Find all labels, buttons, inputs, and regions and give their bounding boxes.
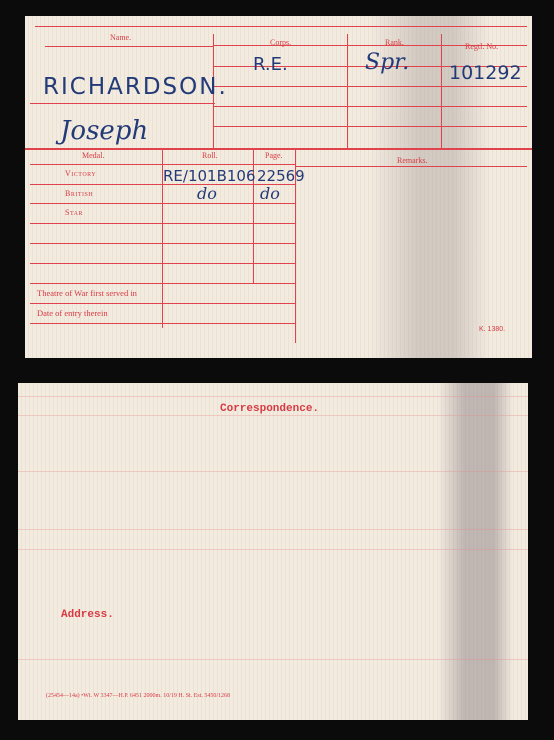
rank-value: Spr. xyxy=(365,50,409,75)
rank-header: Rank. xyxy=(385,38,404,47)
regtl-no-value: 101292 xyxy=(449,62,522,84)
correspondence-title: Correspondence. xyxy=(220,403,319,415)
roll-british: do xyxy=(197,184,217,203)
roll-header: Roll. xyxy=(202,151,218,160)
divider xyxy=(347,34,348,148)
rule xyxy=(25,148,532,150)
medal-index-card-back: Correspondence. Address. (25454—14a) •Wt… xyxy=(18,383,528,720)
theatre-label: Theatre of War first served in xyxy=(37,288,137,298)
rule xyxy=(295,166,527,167)
surname: RICHARDSON. xyxy=(43,74,228,100)
name-header: Name. xyxy=(110,33,131,42)
print-note: (25454—14a) •Wt. W 3347—H.P. 6451 2000m.… xyxy=(46,693,230,699)
page-british: do xyxy=(260,184,280,203)
rule xyxy=(35,26,527,27)
medal-victory: Victory xyxy=(65,169,96,178)
medal-header: Medal. xyxy=(82,151,104,160)
regtl-no-header: Regtl. No. xyxy=(465,42,498,51)
page-victory: 22569 xyxy=(257,167,305,185)
address-label: Address. xyxy=(61,609,114,621)
corps-value: R.E. xyxy=(253,54,288,75)
date-entry-label: Date of entry therein xyxy=(37,308,108,318)
roll-victory: RE/101B106 xyxy=(163,167,256,185)
divider xyxy=(441,34,442,148)
medal-british: British xyxy=(65,189,93,198)
forename: Joseph xyxy=(60,116,148,146)
medal-index-card-front: Name. Corps. Rank. Regtl. No. RICHARDSON… xyxy=(25,16,532,358)
corps-header: Corps. xyxy=(270,38,291,47)
rule xyxy=(45,46,213,47)
form-code: K. 1380. xyxy=(479,326,505,333)
remarks-header: Remarks. xyxy=(397,156,427,165)
page-header: Page. xyxy=(265,151,283,160)
medal-star: Star xyxy=(65,208,83,217)
rule xyxy=(30,103,215,104)
